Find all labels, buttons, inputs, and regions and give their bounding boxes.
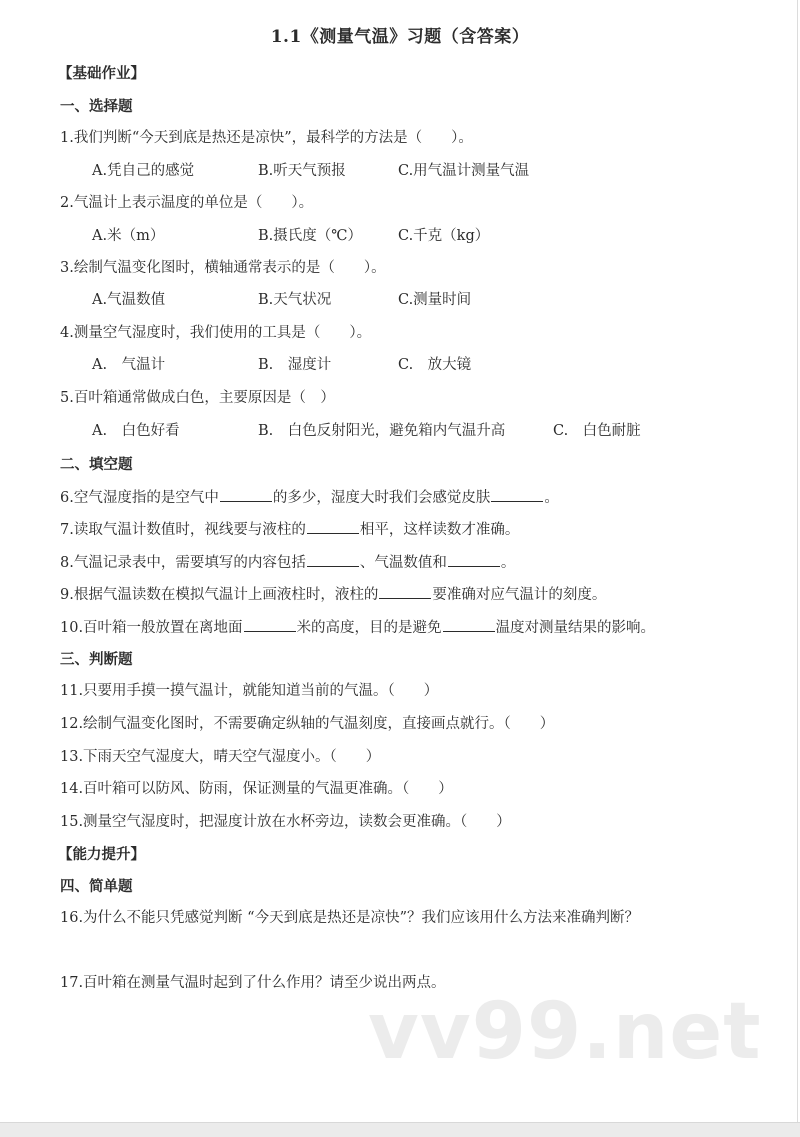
q5-option-a: A. 白色好看 bbox=[92, 421, 180, 441]
q1-option-c: C.用气温计测量气温 bbox=[398, 161, 529, 181]
document-page: 1.1《测量气温》习题（含答案） 【基础作业】 一、选择题 1.我们判断“今天到… bbox=[0, 0, 798, 1122]
q5-option-c: C. 白色耐脏 bbox=[553, 421, 641, 441]
q10-text-1: 10.百叶箱一般放置在离地面 bbox=[60, 620, 243, 636]
q9-text-1: 9.根据气温读数在模拟气温计上画液柱时，液柱的 bbox=[60, 587, 378, 603]
q1-option-b: B.听天气预报 bbox=[258, 161, 346, 181]
question-11: 11.只要用手摸一摸气温计，就能知道当前的气温。（ ） bbox=[60, 681, 438, 701]
question-8: 8.气温记录表中，需要填写的内容包括、气温数值和。 bbox=[60, 552, 515, 573]
q1-option-a: A.凭自己的感觉 bbox=[92, 161, 194, 181]
q5-option-b: B. 白色反射阳光，避免箱内气温升高 bbox=[258, 421, 505, 441]
part-heading-basic: 【基础作业】 bbox=[58, 64, 145, 84]
q2-option-c: C.千克（kg） bbox=[398, 226, 489, 246]
page-bottom-edge bbox=[0, 1122, 800, 1137]
q2-option-a: A.米（m） bbox=[92, 226, 164, 246]
document-title: 1.1《测量气温》习题（含答案） bbox=[0, 22, 800, 47]
q6-text-1: 6.空气湿度指的是空气中 bbox=[60, 490, 219, 506]
q2-option-b: B.摄氏度（℃） bbox=[258, 226, 362, 246]
q6-text-2: 的多少，湿度大时我们会感觉皮肤 bbox=[273, 490, 491, 506]
question-16: 16.为什么不能只凭感觉判断 “今天到底是热还是凉快”？我们应该用什么方法来准确… bbox=[60, 908, 639, 928]
question-13: 13.下雨天空气湿度大，晴天空气湿度小。（ ） bbox=[60, 747, 380, 767]
q10-blank-1 bbox=[244, 617, 296, 632]
q7-text-2: 相平，这样读数才准确。 bbox=[360, 522, 520, 538]
q8-blank-1 bbox=[307, 552, 359, 567]
question-1: 1.我们判断“今天到底是热还是凉快”，最科学的方法是（ ）。 bbox=[60, 128, 473, 148]
q4-option-c: C. 放大镜 bbox=[398, 355, 471, 375]
question-15: 15.测量空气湿度时，把湿度计放在水杯旁边，读数会更准确。（ ） bbox=[60, 812, 511, 832]
q4-option-a: A. 气温计 bbox=[92, 355, 165, 375]
question-4: 4.测量空气湿度时，我们使用的工具是（ ）。 bbox=[60, 323, 371, 343]
section-heading-short: 四、简单题 bbox=[60, 877, 133, 897]
question-5: 5.百叶箱通常做成白色，主要原因是（ ） bbox=[60, 388, 335, 408]
question-3: 3.绘制气温变化图时，横轴通常表示的是（ ）。 bbox=[60, 258, 386, 278]
question-6: 6.空气湿度指的是空气中的多少，湿度大时我们会感觉皮肤。 bbox=[60, 487, 559, 508]
q10-text-2: 米的高度，目的是避免 bbox=[297, 620, 442, 636]
question-14: 14.百叶箱可以防风、防雨，保证测量的气温更准确。（ ） bbox=[60, 779, 453, 799]
q8-text-3: 。 bbox=[501, 555, 516, 571]
q8-blank-2 bbox=[448, 552, 500, 567]
q8-text-2: 、气温数值和 bbox=[360, 555, 447, 571]
watermark: vv99.net bbox=[368, 992, 762, 1072]
q7-blank-1 bbox=[307, 519, 359, 534]
q6-blank-1 bbox=[220, 487, 272, 502]
question-10: 10.百叶箱一般放置在离地面米的高度，目的是避免温度对测量结果的影响。 bbox=[60, 617, 655, 638]
question-2: 2.气温计上表示温度的单位是（ ）。 bbox=[60, 193, 313, 213]
question-7: 7.读取气温计数值时，视线要与液柱的相平，这样读数才准确。 bbox=[60, 519, 519, 540]
q10-blank-2 bbox=[443, 617, 495, 632]
section-heading-judge: 三、判断题 bbox=[60, 650, 133, 670]
q6-text-3: 。 bbox=[544, 490, 559, 506]
q3-option-c: C.测量时间 bbox=[398, 290, 471, 310]
q8-text-1: 8.气温记录表中，需要填写的内容包括 bbox=[60, 555, 306, 571]
question-9: 9.根据气温读数在模拟气温计上画液柱时，液柱的要准确对应气温计的刻度。 bbox=[60, 584, 606, 605]
q9-blank-1 bbox=[379, 584, 431, 599]
q9-text-2: 要准确对应气温计的刻度。 bbox=[432, 587, 606, 603]
q7-text-1: 7.读取气温计数值时，视线要与液柱的 bbox=[60, 522, 306, 538]
q10-text-3: 温度对测量结果的影响。 bbox=[496, 620, 656, 636]
question-12: 12.绘制气温变化图时，不需要确定纵轴的气温刻度，直接画点就行。（ ） bbox=[60, 714, 554, 734]
q6-blank-2 bbox=[491, 487, 543, 502]
q4-option-b: B. 湿度计 bbox=[258, 355, 331, 375]
section-heading-fill: 二、填空题 bbox=[60, 455, 133, 475]
section-heading-choice: 一、选择题 bbox=[60, 97, 133, 117]
part-heading-advanced: 【能力提升】 bbox=[58, 845, 145, 865]
q3-option-b: B.天气状况 bbox=[258, 290, 331, 310]
q3-option-a: A.气温数值 bbox=[92, 290, 165, 310]
